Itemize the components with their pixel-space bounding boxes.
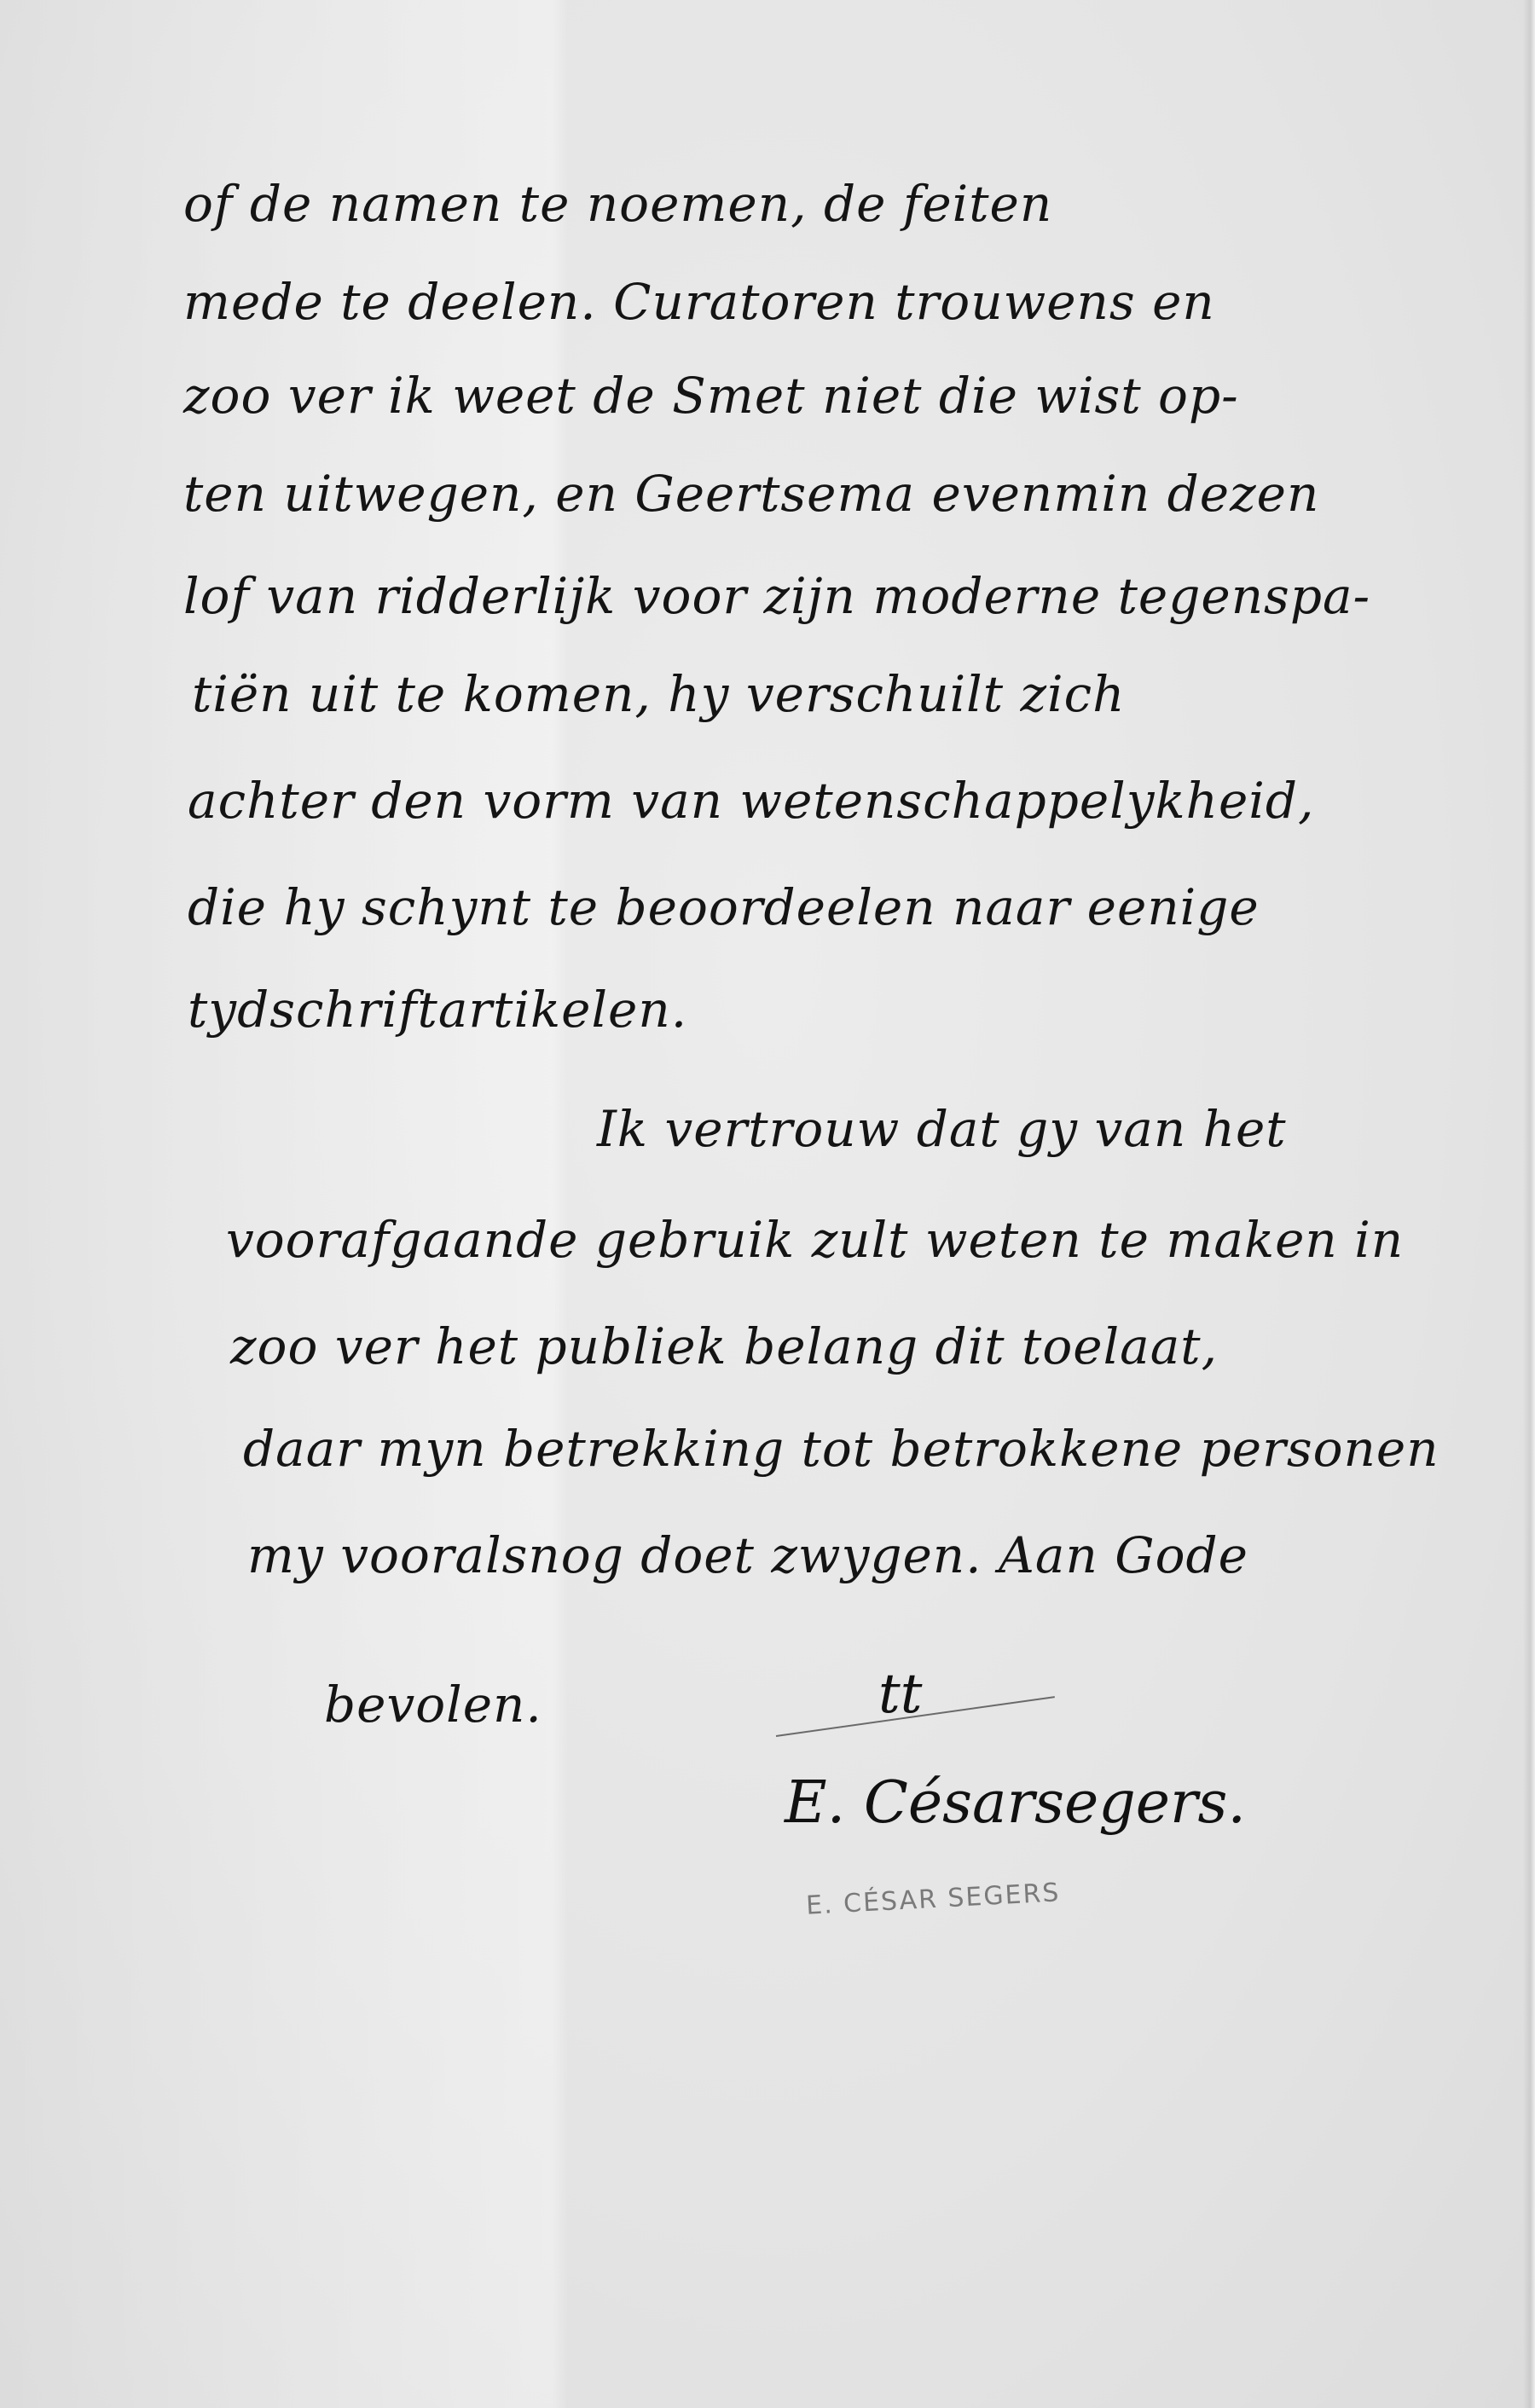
text-line-1: of de namen te noemen, de feiten [183, 175, 1052, 233]
text-line-13: daar myn betrekking tot betrokkene perso… [243, 1420, 1439, 1478]
text-line-9: tydschriftartikelen. [188, 981, 687, 1039]
text-line-12: zoo ver het publiek belang dit toelaat, [230, 1317, 1218, 1375]
text-line-5: lof van ridderlijk voor zijn moderne teg… [183, 567, 1370, 625]
signature: E. Césarsegers. [785, 1769, 1246, 1837]
text-line-11: voorafgaande gebruik zult weten te maken… [226, 1211, 1404, 1269]
text-line-15: bevolen. [324, 1676, 542, 1734]
paper-edge [1523, 0, 1535, 2408]
letter-page: of de namen te noemen, de feiten mede te… [0, 0, 1535, 2408]
text-line-14: my vooralsnog doet zwygen. Aan Gode [247, 1526, 1248, 1584]
text-line-7: achter den vorm van wetenschappelykheid, [188, 772, 1314, 830]
text-line-3: zoo ver ik weet de Smet niet die wist op… [183, 367, 1239, 425]
text-line-4: ten uitwegen, en Geertsema evenmin dezen [183, 465, 1319, 523]
text-line-10: Ik vertrouw dat gy van het [597, 1100, 1287, 1158]
text-line-6: tiën uit te komen, hy verschuilt zich [192, 665, 1125, 723]
name-stamp: E. CÉSAR SEGERS [805, 1878, 1061, 1921]
text-line-2: mede te deelen. Curatoren trouwens en [183, 273, 1215, 331]
text-line-8: die hy schynt te beoordeelen naar eenige [188, 878, 1260, 936]
